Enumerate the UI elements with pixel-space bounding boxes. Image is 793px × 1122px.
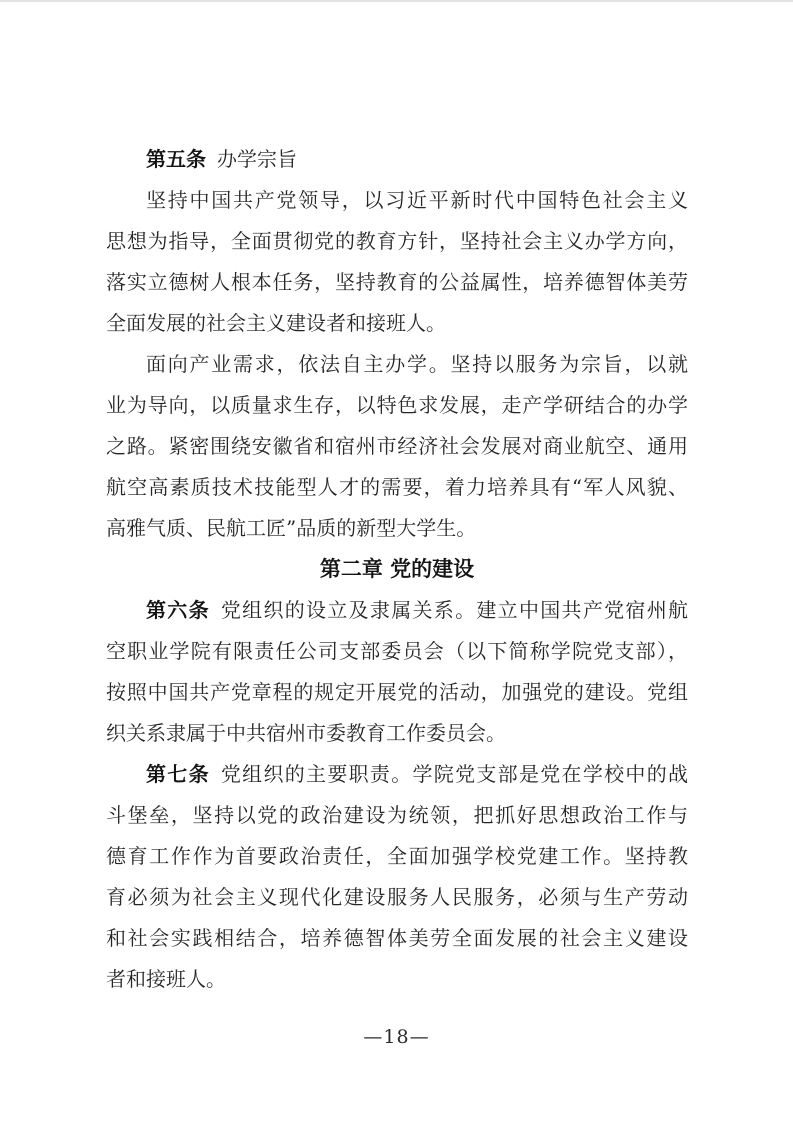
text-line: 第五条办学宗旨 [106, 139, 688, 180]
text-line: 织关系隶属于中共宿州市委教育工作委员会。 [106, 713, 688, 754]
article-number: 第七条 [146, 762, 210, 786]
paragraph: 坚持中国共产党领导，以习近平新时代中国特色社会主义思想为指导，全面贯彻党的教育方… [106, 180, 688, 344]
text-line: 斗堡垒，坚持以党的政治建设为统领，把抓好思想政治工作与 [106, 795, 688, 836]
paragraph: 第六条党组织的设立及隶属关系。建立中国共产党宿州航空职业学院有限责任公司支部委员… [106, 590, 688, 754]
text-line: 按照中国共产党章程的规定开展党的活动，加强党的建设。党组 [106, 672, 688, 713]
paragraph: 面向产业需求，依法自主办学。坚持以服务为宗旨，以就业为导向，以质量求生存，以特色… [106, 344, 688, 549]
page-footer: —18— [0, 1026, 793, 1048]
text-line: 面向产业需求，依法自主办学。坚持以服务为宗旨，以就 [106, 344, 688, 385]
text-line: 全面发展的社会主义建设者和接班人。 [106, 303, 688, 344]
document-body: 第五条办学宗旨坚持中国共产党领导，以习近平新时代中国特色社会主义思想为指导，全面… [106, 139, 688, 1000]
page-number: —18— [363, 1026, 429, 1048]
text-line: 之路。紧密围绕安徽省和宿州市经济社会发展对商业航空、通用 [106, 426, 688, 467]
text-line: 者和接班人。 [106, 959, 688, 1000]
document-page: 第五条办学宗旨坚持中国共产党领导，以习近平新时代中国特色社会主义思想为指导，全面… [0, 0, 793, 1122]
text-line: 空职业学院有限责任公司支部委员会（以下简称学院党支部）， [106, 631, 688, 672]
article-number: 第五条 [146, 147, 206, 171]
text-line: 第六条党组织的设立及隶属关系。建立中国共产党宿州航 [106, 590, 688, 631]
text-line: 航空高素质技术技能型人才的需要，着力培养具有“军人风貌、 [106, 467, 688, 508]
chapter-heading: 第二章 党的建设 [106, 549, 688, 590]
paragraph: 第七条党组织的主要职责。学院党支部是党在学校中的战斗堡垒，坚持以党的政治建设为统… [106, 754, 688, 1000]
scan-edge-line [0, 0, 793, 2]
text-line: 思想为指导，全面贯彻党的教育方针，坚持社会主义办学方向， [106, 221, 688, 262]
article-number: 第六条 [146, 598, 210, 622]
text-line: 落实立德树人根本任务，坚持教育的公益属性，培养德智体美劳 [106, 262, 688, 303]
text-line: 和社会实践相结合，培养德智体美劳全面发展的社会主义建设 [106, 918, 688, 959]
text-line: 坚持中国共产党领导，以习近平新时代中国特色社会主义 [106, 180, 688, 221]
paragraph: 第五条办学宗旨 [106, 139, 688, 180]
text-line: 德育工作作为首要政治责任，全面加强学校党建工作。坚持教 [106, 836, 688, 877]
text-line: 高雅气质、民航工匠”品质的新型大学生。 [106, 508, 688, 549]
text-line: 业为导向，以质量求生存，以特色求发展，走产学研结合的办学 [106, 385, 688, 426]
text-line: 第七条党组织的主要职责。学院党支部是党在学校中的战 [106, 754, 688, 795]
text-line: 育必须为社会主义现代化建设服务人民服务，必须与生产劳动 [106, 877, 688, 918]
